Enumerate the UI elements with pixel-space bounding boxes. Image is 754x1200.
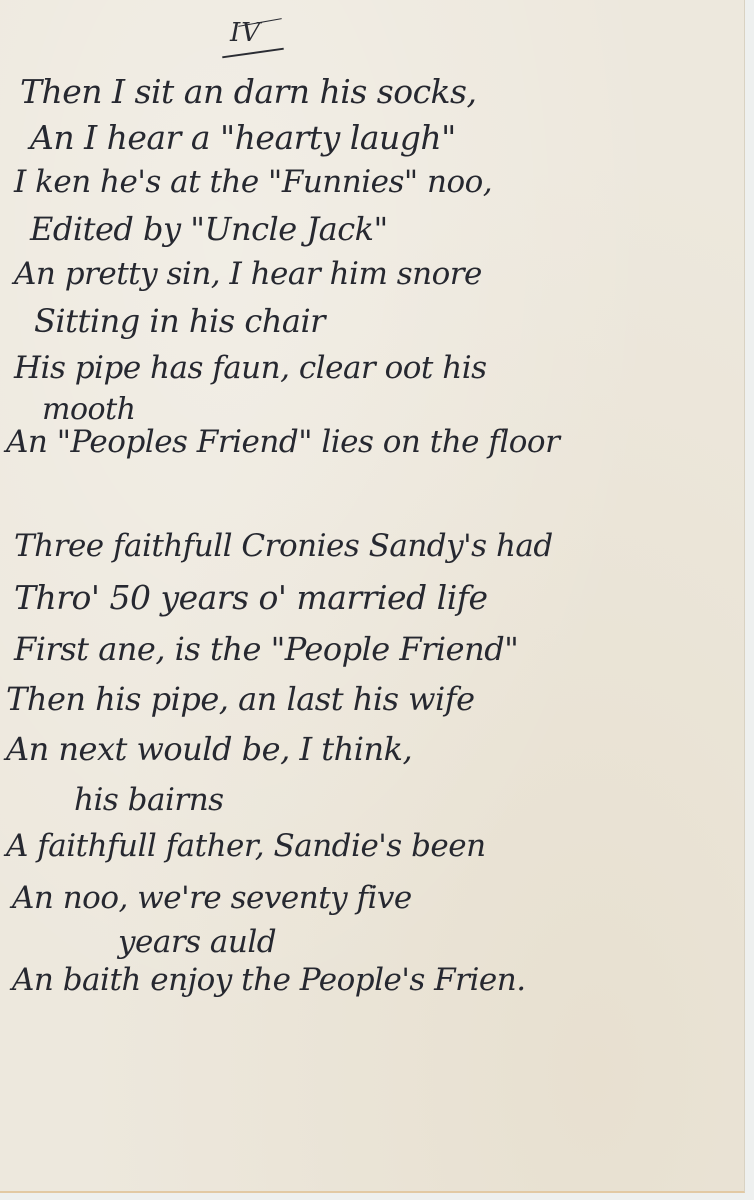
poem-line: years auld [118,924,276,960]
poem-line: An pretty sin, I hear him snore [14,256,482,292]
poem-line: An baith enjoy the People's Frien. [12,962,526,998]
poem-line: First ane, is the "People Friend" [14,630,518,668]
poem-line: mooth [42,392,135,427]
poem-line: An "Peoples Friend" lies on the floor [6,424,559,460]
poem-line: Then his pipe, an last his wife [6,680,475,718]
paper-page: IV Then I sit an darn his socks, An I he… [0,0,745,1193]
section-heading: IV [230,18,261,48]
poem-line: A faithfull father, Sandie's been [6,828,486,864]
poem-line: Edited by "Uncle Jack" [30,210,388,248]
poem-line: His pipe has faun, clear oot his [14,350,487,386]
poem-line: An I hear a "hearty laugh" [30,118,456,157]
heading-underline [222,48,284,59]
poem-line: An noo, we're seventy five [12,880,412,916]
poem-line: Three faithfull Cronies Sandy's had [14,528,553,564]
poem-line: Sitting in his chair [34,302,325,340]
poem-line: An next would be, I think, [6,730,412,768]
poem-line: Then I sit an darn his socks, [20,72,476,111]
poem-line: his bairns [74,782,224,818]
poem-line: I ken he's at the "Funnies" noo, [14,164,492,200]
poem-line: Thro' 50 years o' married life [14,578,488,617]
